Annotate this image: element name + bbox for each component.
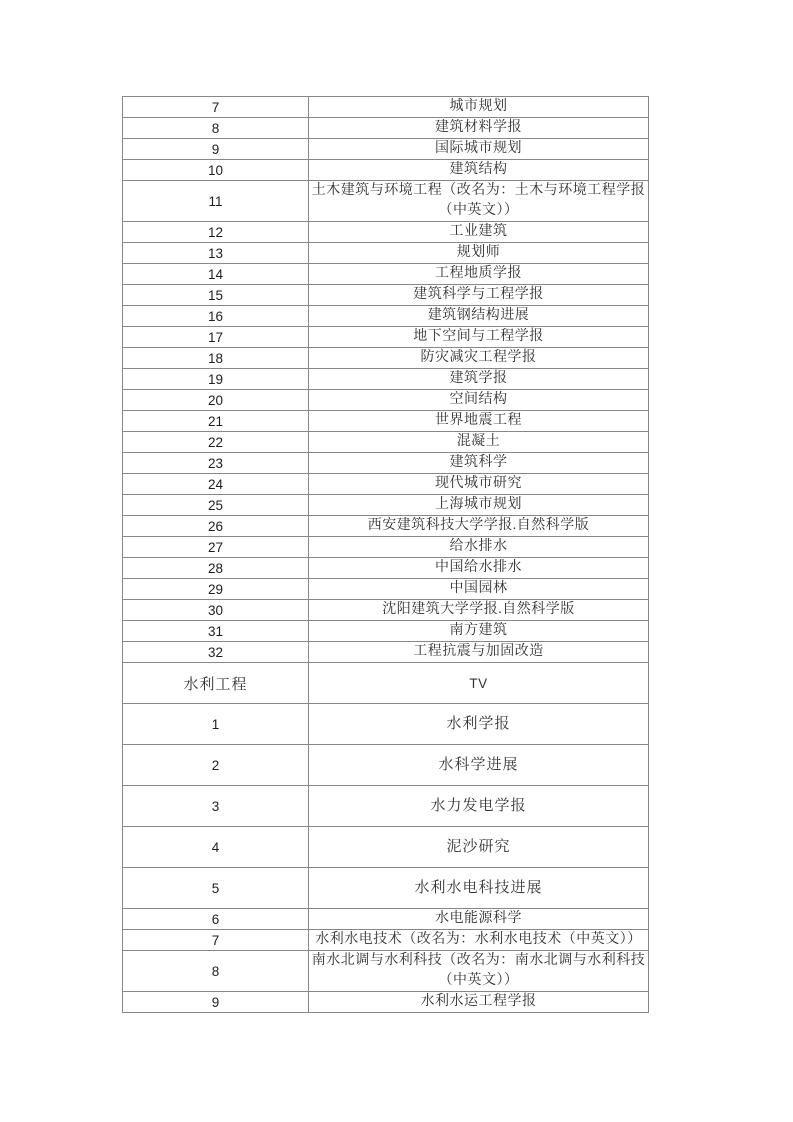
- journal-row: 21世界地震工程: [123, 411, 649, 432]
- journal-name-cell: 混凝土: [309, 432, 649, 453]
- row-number-cell: 30: [123, 600, 309, 621]
- journal-row: 22混凝土: [123, 432, 649, 453]
- journal-name-cell: 建筑科学: [309, 453, 649, 474]
- row-number-cell: 23: [123, 453, 309, 474]
- row-number-cell: 9: [123, 139, 309, 160]
- journal-row: 7水利水电技术（改名为：水利水电技术（中英文））: [123, 930, 649, 951]
- row-number-cell: 21: [123, 411, 309, 432]
- journal-name-cell: 空间结构: [309, 390, 649, 411]
- row-number-cell: 5: [123, 868, 309, 909]
- journal-row: 5水利水电科技进展: [123, 868, 649, 909]
- row-number-cell: 26: [123, 516, 309, 537]
- journal-name-cell: 水力发电学报: [309, 786, 649, 827]
- journal-row: 31南方建筑: [123, 621, 649, 642]
- row-number-cell: 27: [123, 537, 309, 558]
- journal-row: 8南水北调与水利科技（改名为：南水北调与水利科技（中英文））: [123, 951, 649, 992]
- row-number-cell: 16: [123, 306, 309, 327]
- row-number-cell: 14: [123, 264, 309, 285]
- row-number-cell: 4: [123, 827, 309, 868]
- journal-row: 2水科学进展: [123, 745, 649, 786]
- journal-name-cell: 水利学报: [309, 704, 649, 745]
- journal-row: 10建筑结构: [123, 160, 649, 181]
- journal-row: 30沈阳建筑大学学报.自然科学版: [123, 600, 649, 621]
- journal-name-cell: 中国给水排水: [309, 558, 649, 579]
- row-number-cell: 11: [123, 181, 309, 222]
- journal-table-body: 7城市规划8建筑材料学报9国际城市规划10建筑结构11土木建筑与环境工程（改名为…: [123, 97, 649, 1013]
- journal-row: 12工业建筑: [123, 222, 649, 243]
- row-number-cell: 22: [123, 432, 309, 453]
- journal-name-cell: 建筑钢结构进展: [309, 306, 649, 327]
- journal-row: 16建筑钢结构进展: [123, 306, 649, 327]
- journal-row: 23建筑科学: [123, 453, 649, 474]
- row-number-cell: 18: [123, 348, 309, 369]
- journal-row: 15建筑科学与工程学报: [123, 285, 649, 306]
- journal-name-cell: 水利水电技术（改名为：水利水电技术（中英文））: [309, 930, 649, 951]
- row-number-cell: 32: [123, 642, 309, 663]
- journal-name-cell: 防灾减灾工程学报: [309, 348, 649, 369]
- journal-name-cell: 建筑结构: [309, 160, 649, 181]
- journal-table-container: 7城市规划8建筑材料学报9国际城市规划10建筑结构11土木建筑与环境工程（改名为…: [122, 96, 649, 1013]
- row-number-cell: 12: [123, 222, 309, 243]
- row-number-cell: 13: [123, 243, 309, 264]
- journal-row: 18防灾减灾工程学报: [123, 348, 649, 369]
- journal-row: 13规划师: [123, 243, 649, 264]
- journal-name-cell: 南水北调与水利科技（改名为：南水北调与水利科技（中英文））: [309, 951, 649, 992]
- journal-row: 11土木建筑与环境工程（改名为：土木与环境工程学报（中英文））: [123, 181, 649, 222]
- category-code: TV: [309, 663, 649, 704]
- journal-name-cell: 沈阳建筑大学学报.自然科学版: [309, 600, 649, 621]
- journal-row: 29中国园林: [123, 579, 649, 600]
- journal-name-cell: 建筑科学与工程学报: [309, 285, 649, 306]
- row-number-cell: 24: [123, 474, 309, 495]
- document-page: 7城市规划8建筑材料学报9国际城市规划10建筑结构11土木建筑与环境工程（改名为…: [0, 0, 793, 1122]
- row-number-cell: 15: [123, 285, 309, 306]
- journal-row: 14工程地质学报: [123, 264, 649, 285]
- row-number-cell: 25: [123, 495, 309, 516]
- journal-row: 9国际城市规划: [123, 139, 649, 160]
- row-number-cell: 9: [123, 992, 309, 1013]
- journal-name-cell: 规划师: [309, 243, 649, 264]
- journal-row: 24现代城市研究: [123, 474, 649, 495]
- journal-name-cell: 水科学进展: [309, 745, 649, 786]
- row-number-cell: 10: [123, 160, 309, 181]
- row-number-cell: 8: [123, 118, 309, 139]
- journal-row: 26西安建筑科技大学学报.自然科学版: [123, 516, 649, 537]
- journal-name-cell: 给水排水: [309, 537, 649, 558]
- journal-name-cell: 水利水运工程学报: [309, 992, 649, 1013]
- journal-name-cell: 西安建筑科技大学学报.自然科学版: [309, 516, 649, 537]
- journal-name-cell: 地下空间与工程学报: [309, 327, 649, 348]
- journal-name-cell: 上海城市规划: [309, 495, 649, 516]
- row-number-cell: 19: [123, 369, 309, 390]
- journal-name-cell: 南方建筑: [309, 621, 649, 642]
- row-number-cell: 31: [123, 621, 309, 642]
- row-number-cell: 7: [123, 930, 309, 951]
- row-number-cell: 7: [123, 97, 309, 118]
- journal-name-cell: 水利水电科技进展: [309, 868, 649, 909]
- journal-name-cell: 世界地震工程: [309, 411, 649, 432]
- journal-row: 25上海城市规划: [123, 495, 649, 516]
- journal-row: 4泥沙研究: [123, 827, 649, 868]
- journal-name-cell: 国际城市规划: [309, 139, 649, 160]
- journal-row: 1水利学报: [123, 704, 649, 745]
- journal-name-cell: 工程地质学报: [309, 264, 649, 285]
- journal-row: 32工程抗震与加固改造: [123, 642, 649, 663]
- journal-name-cell: 土木建筑与环境工程（改名为：土木与环境工程学报（中英文））: [309, 181, 649, 222]
- journal-name-cell: 工程抗震与加固改造: [309, 642, 649, 663]
- row-number-cell: 8: [123, 951, 309, 992]
- journal-table: 7城市规划8建筑材料学报9国际城市规划10建筑结构11土木建筑与环境工程（改名为…: [122, 96, 649, 1013]
- row-number-cell: 6: [123, 909, 309, 930]
- journal-row: 19建筑学报: [123, 369, 649, 390]
- journal-name-cell: 建筑材料学报: [309, 118, 649, 139]
- category-row: 水利工程TV: [123, 663, 649, 704]
- journal-row: 20空间结构: [123, 390, 649, 411]
- row-number-cell: 3: [123, 786, 309, 827]
- row-number-cell: 17: [123, 327, 309, 348]
- journal-row: 28中国给水排水: [123, 558, 649, 579]
- journal-row: 3水力发电学报: [123, 786, 649, 827]
- journal-row: 27给水排水: [123, 537, 649, 558]
- row-number-cell: 20: [123, 390, 309, 411]
- journal-row: 17地下空间与工程学报: [123, 327, 649, 348]
- row-number-cell: 2: [123, 745, 309, 786]
- journal-name-cell: 工业建筑: [309, 222, 649, 243]
- journal-name-cell: 中国园林: [309, 579, 649, 600]
- journal-name-cell: 泥沙研究: [309, 827, 649, 868]
- journal-name-cell: 现代城市研究: [309, 474, 649, 495]
- journal-name-cell: 建筑学报: [309, 369, 649, 390]
- journal-name-cell: 水电能源科学: [309, 909, 649, 930]
- journal-name-cell: 城市规划: [309, 97, 649, 118]
- journal-row: 7城市规划: [123, 97, 649, 118]
- row-number-cell: 1: [123, 704, 309, 745]
- row-number-cell: 29: [123, 579, 309, 600]
- category-label: 水利工程: [123, 663, 309, 704]
- journal-row: 8建筑材料学报: [123, 118, 649, 139]
- journal-row: 6水电能源科学: [123, 909, 649, 930]
- journal-row: 9水利水运工程学报: [123, 992, 649, 1013]
- row-number-cell: 28: [123, 558, 309, 579]
